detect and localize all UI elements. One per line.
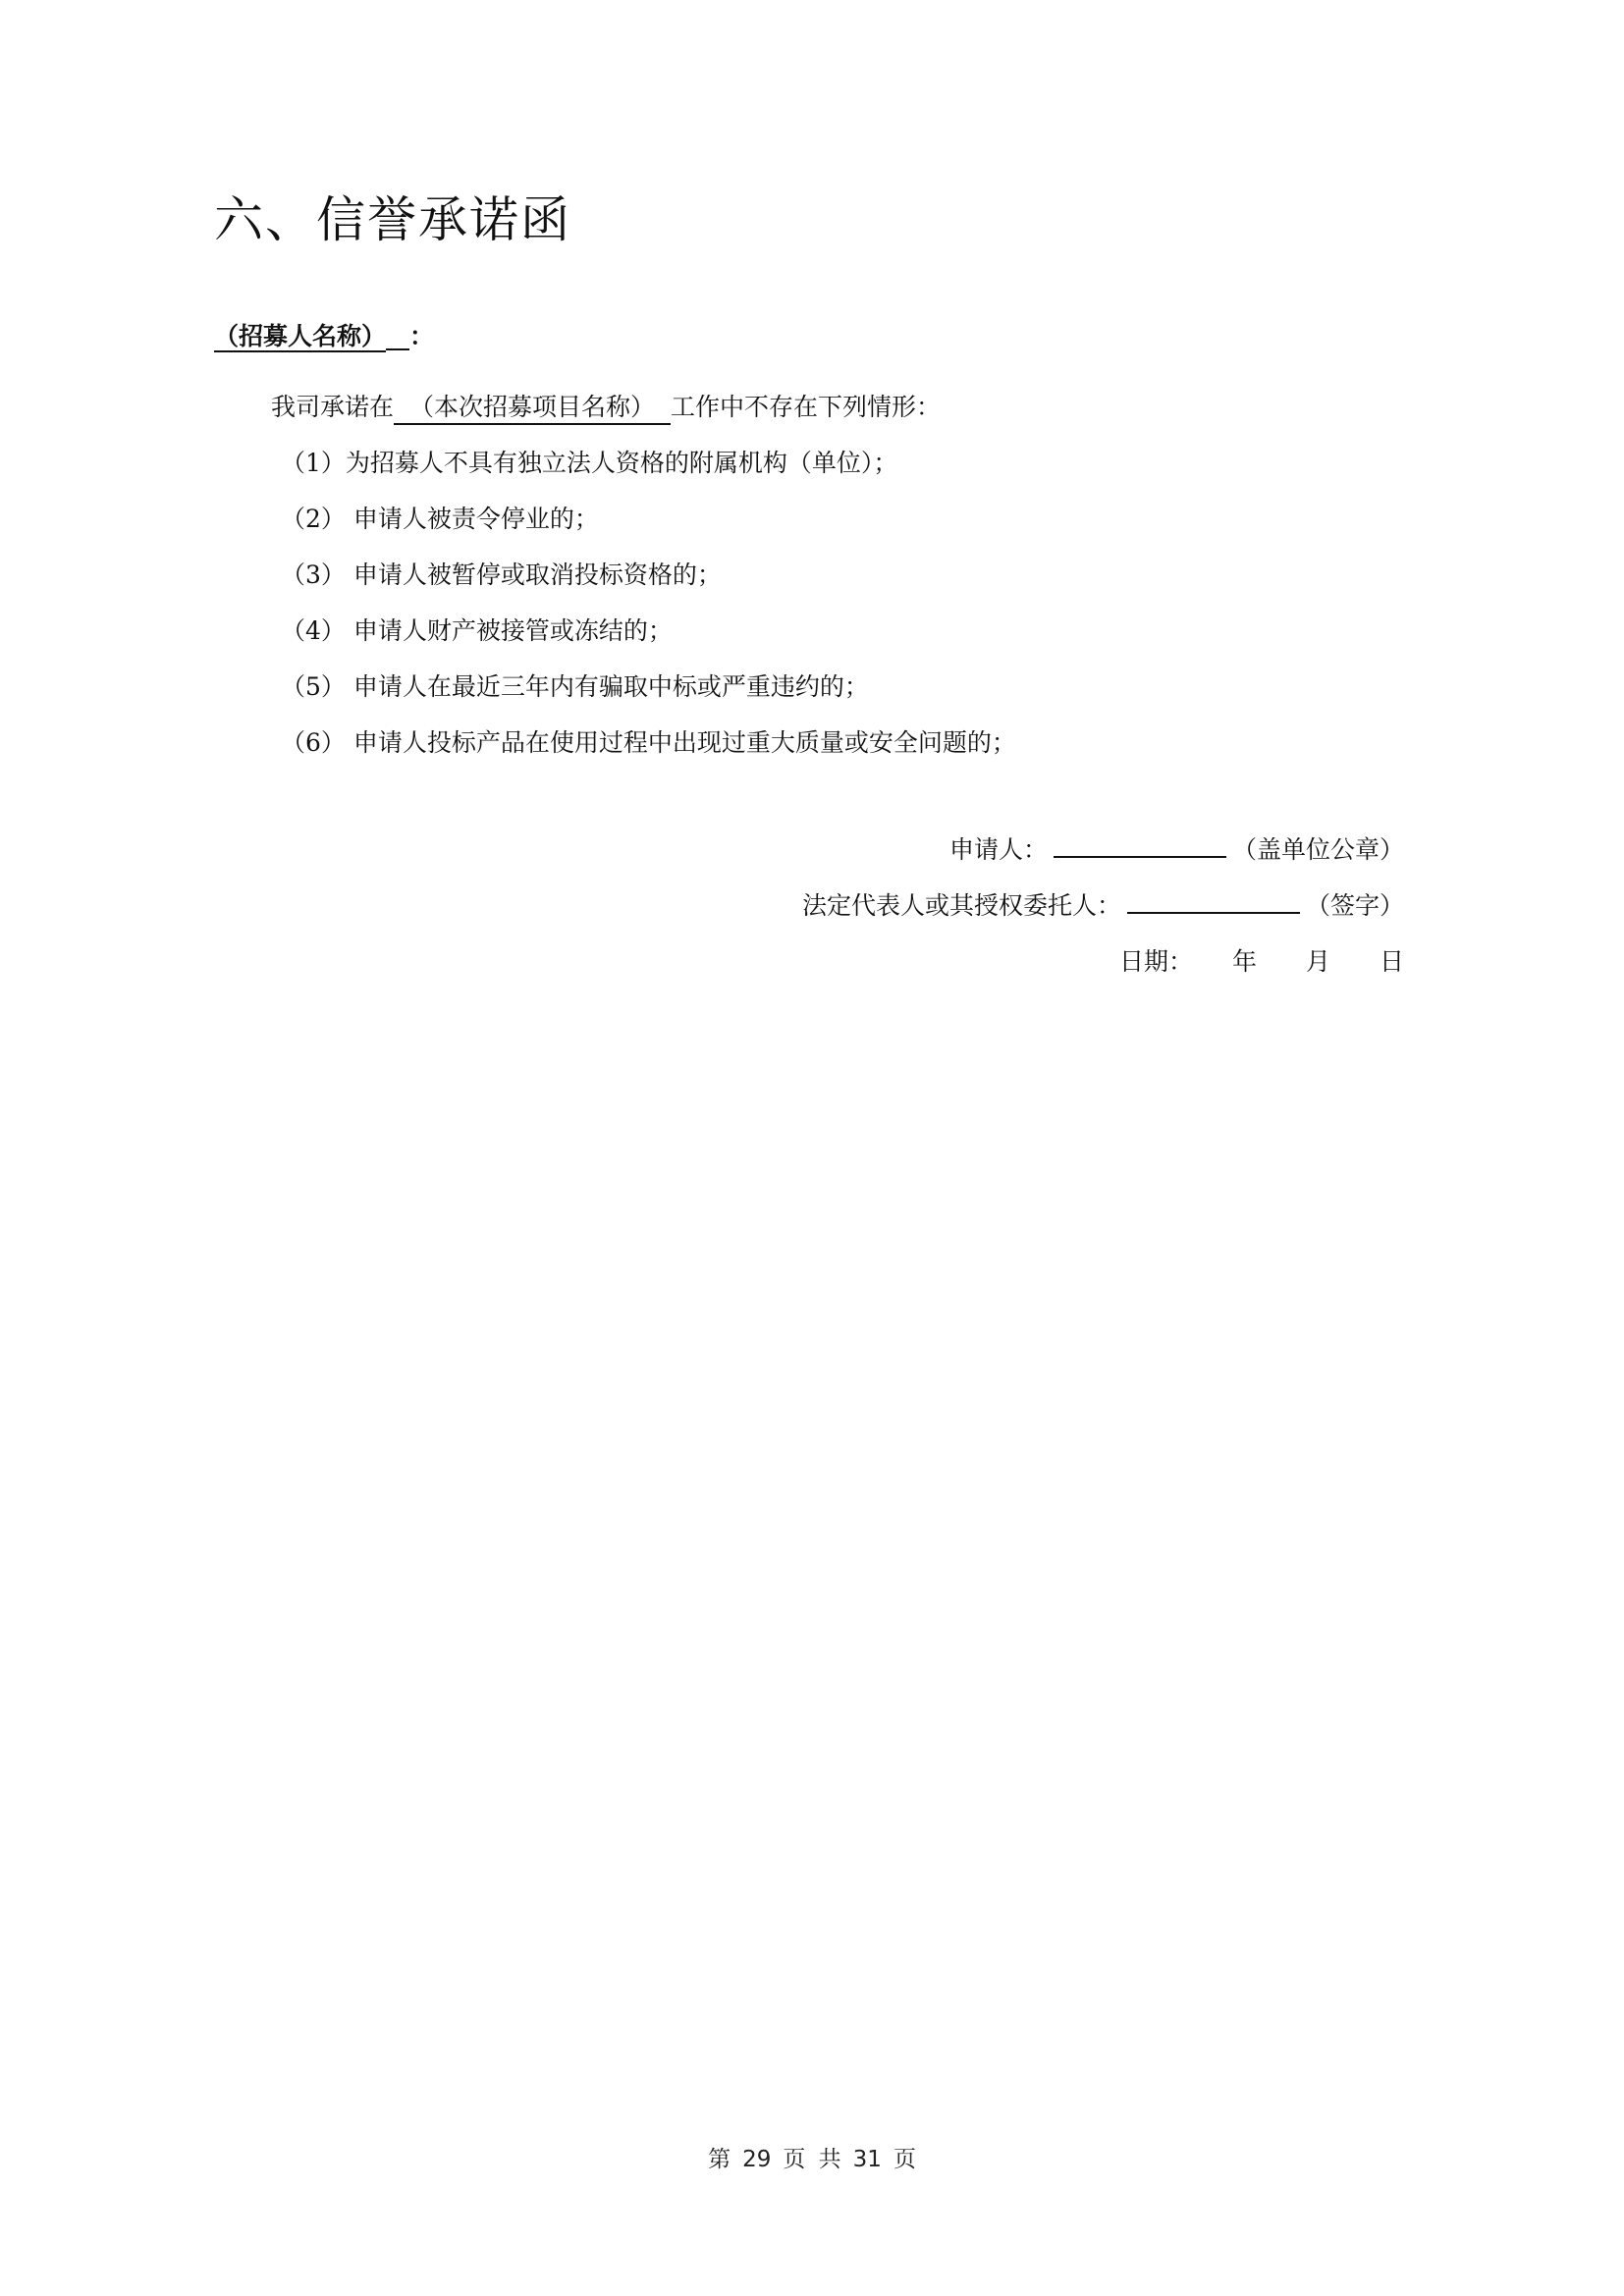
- representative-signature-line: 法定代表人或其授权委托人：（签字）: [802, 889, 1404, 923]
- date-year: 年: [1232, 947, 1257, 976]
- representative-blank[interactable]: [1127, 890, 1300, 914]
- project-name-placeholder: （本次招募项目名称）: [394, 392, 671, 425]
- applicant-blank[interactable]: [1054, 834, 1226, 858]
- item-number: （2）: [281, 505, 346, 533]
- date-day: 日: [1380, 947, 1404, 976]
- recipient-line: （招募人名称）：: [214, 320, 434, 353]
- representative-label: 法定代表人或其授权委托人：: [802, 891, 1121, 920]
- list-item: （3） 申请人被暂停或取消投标资格的；: [281, 559, 722, 592]
- recipient-underline-tail: [386, 347, 409, 350]
- item-text: 为招募人不具有独立法人资格的附属机构（单位）；: [346, 449, 898, 477]
- item-number: （3）: [281, 561, 346, 589]
- applicant-signature-line: 申请人：（盖单位公章）: [949, 833, 1404, 867]
- page-footer: 第29页 共31页: [0, 2141, 1624, 2173]
- item-number: （5）: [281, 672, 346, 701]
- list-item: （6） 申请人投标产品在使用过程中出现过重大质量或安全问题的；: [281, 726, 1016, 760]
- list-item: （2） 申请人被责令停业的；: [281, 503, 599, 536]
- item-number: （4）: [281, 616, 346, 645]
- footer-prefix: 第: [708, 2147, 731, 2172]
- intro-paragraph: 我司承诺在（本次招募项目名称）工作中不存在下列情形：: [271, 391, 941, 425]
- date-label: 日期：: [1119, 947, 1193, 976]
- intro-suffix: 工作中不存在下列情形：: [671, 393, 941, 421]
- list-item: （4） 申请人财产被接管或冻结的；: [281, 614, 673, 648]
- representative-note: （签字）: [1306, 891, 1404, 920]
- footer-suffix: 页: [893, 2147, 916, 2172]
- item-text: 申请人在最近三年内有骗取中标或严重违约的；: [353, 672, 869, 701]
- recipient-colon: ：: [409, 322, 434, 350]
- item-number: （6）: [281, 728, 346, 757]
- current-page: 29: [742, 2147, 771, 2172]
- page-title: 六、信誉承诺函: [214, 192, 571, 247]
- item-text: 申请人财产被接管或冻结的；: [353, 616, 673, 645]
- list-item: （1）为招募人不具有独立法人资格的附属机构（单位）；: [281, 447, 897, 480]
- item-text: 申请人被责令停业的；: [353, 505, 599, 533]
- applicant-label: 申请人：: [949, 835, 1048, 864]
- total-pages: 31: [853, 2147, 882, 2172]
- item-number: （1）: [281, 449, 346, 477]
- recipient-name-placeholder: （招募人名称）: [214, 322, 386, 350]
- list-item: （5） 申请人在最近三年内有骗取中标或严重违约的；: [281, 670, 869, 704]
- date-line: 日期：年月日: [1119, 945, 1404, 979]
- item-text: 申请人被暂停或取消投标资格的；: [353, 561, 722, 589]
- intro-prefix: 我司承诺在: [271, 393, 394, 421]
- footer-mid: 页 共: [783, 2147, 840, 2172]
- applicant-note: （盖单位公章）: [1232, 835, 1404, 864]
- date-month: 月: [1306, 947, 1330, 976]
- item-text: 申请人投标产品在使用过程中出现过重大质量或安全问题的；: [353, 728, 1016, 757]
